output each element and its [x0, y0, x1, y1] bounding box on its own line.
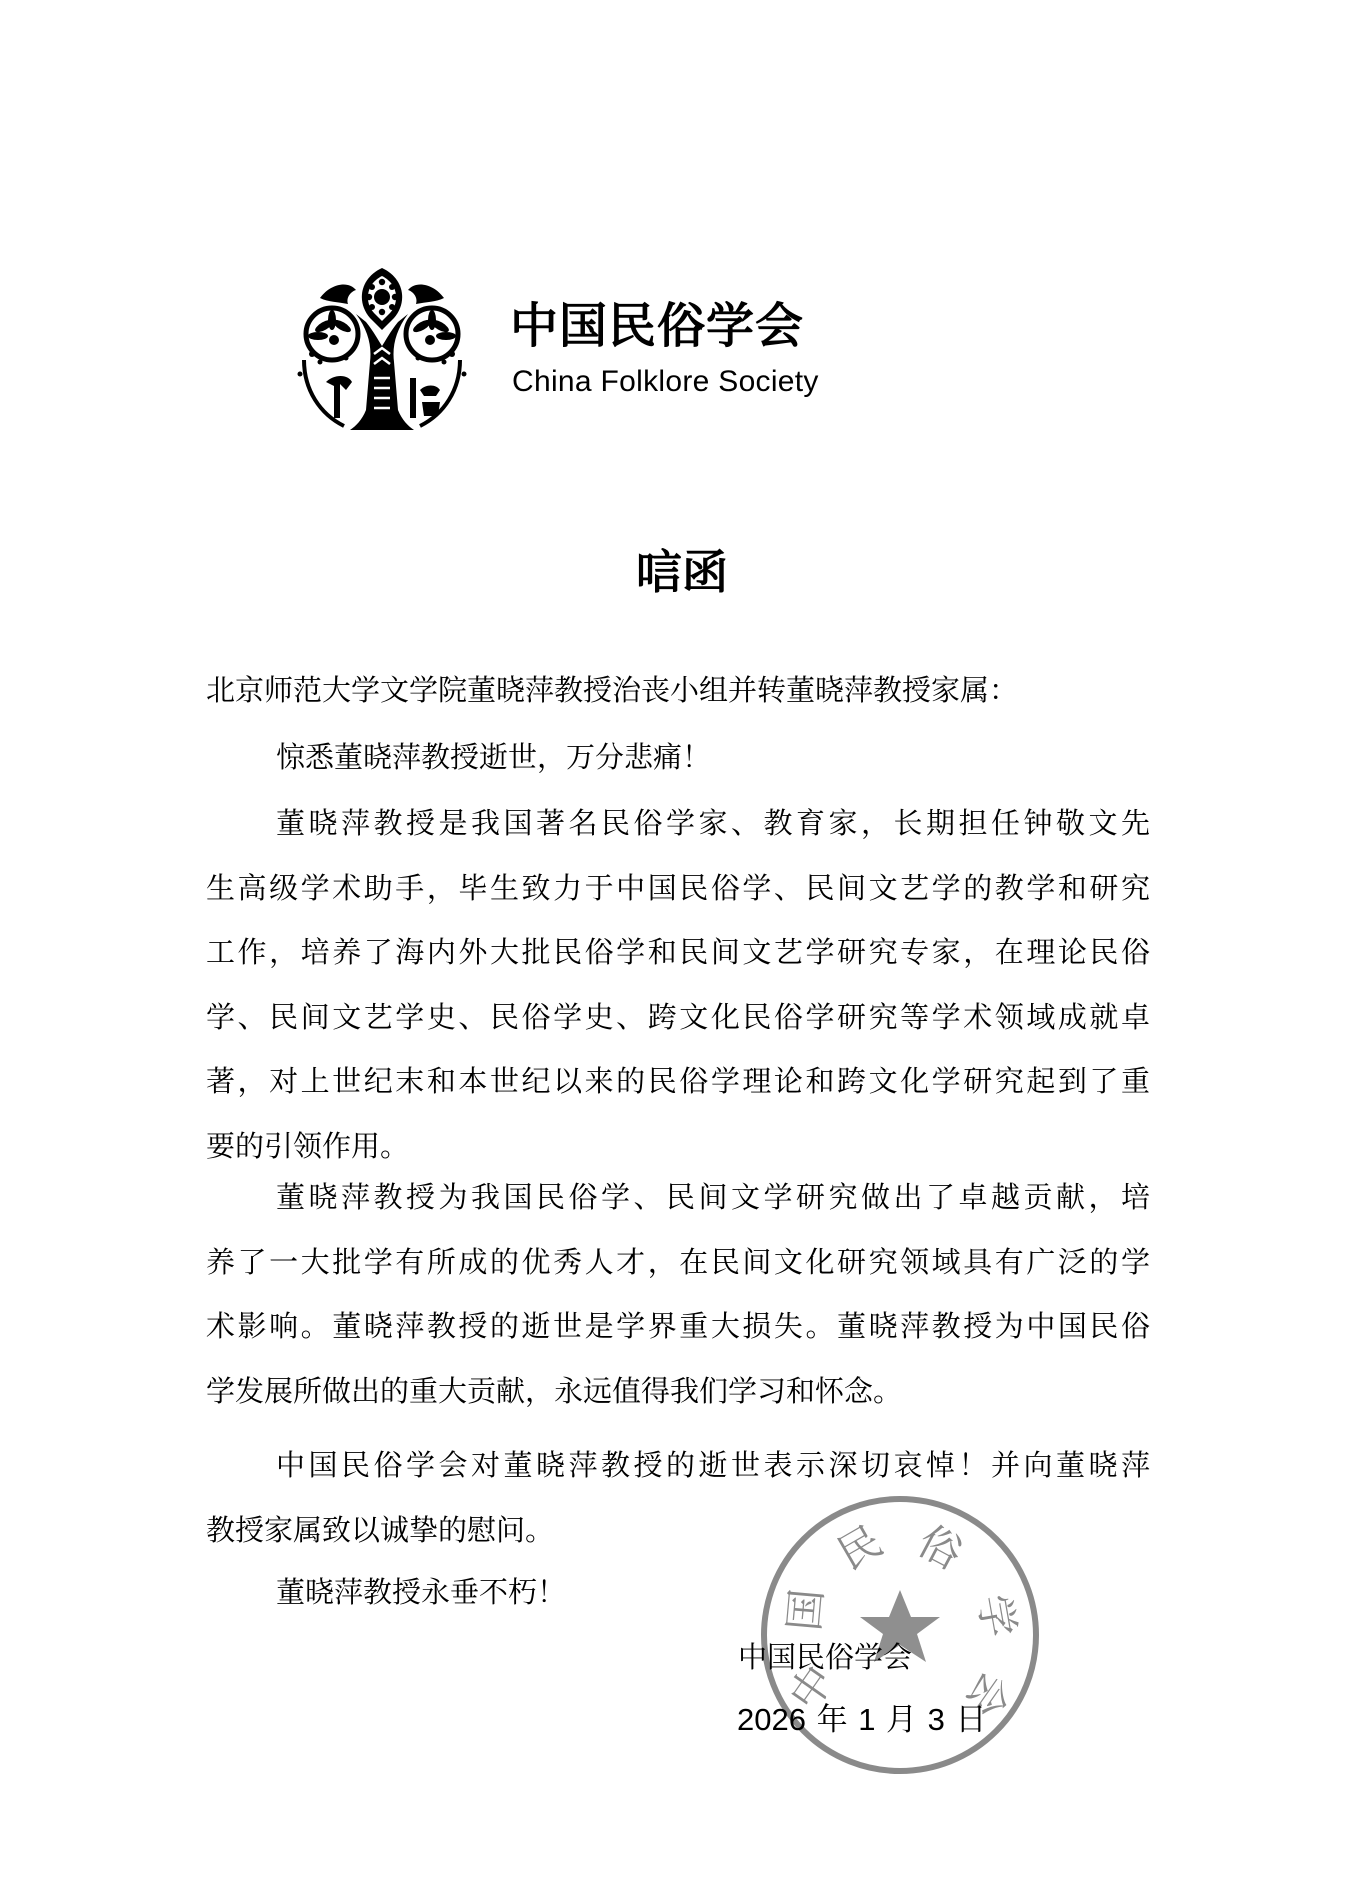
paragraph-line: 中国民俗学会对董晓萍教授的逝世表示深切哀悼！并向董晓萍 — [206, 1433, 1150, 1498]
paragraph-line: 学、民间文艺学史、民俗学史、跨文化民俗学研究等学术领域成就卓 — [206, 985, 1150, 1050]
letter-page: 中国民俗学会 China Folklore Society 唁函 北京师范大学文… — [0, 0, 1364, 1900]
salutation-text: 北京师范大学文学院董晓萍教授治丧小组并转董晓萍教授家属： — [206, 658, 1150, 723]
signature-date: 2026 年 1 月 3 日 — [737, 1700, 987, 1740]
paragraph-line: 术影响。董晓萍教授的逝世是学界重大损失。董晓萍教授为中国民俗 — [206, 1294, 1150, 1359]
signature-org: 中国民俗学会 — [738, 1637, 912, 1677]
grief-text: 惊悉董晓萍教授逝世，万分悲痛！ — [206, 725, 1150, 790]
tree-logo-icon — [290, 250, 474, 434]
seal-char: 国 — [783, 1586, 829, 1633]
paragraph-line: 著，对上世纪末和本世纪以来的民俗学理论和跨文化学研究起到了重 — [206, 1049, 1150, 1114]
paragraph-line: 董晓萍教授是我国著名民俗学家、教育家，长期担任钟敬文先 — [206, 791, 1150, 856]
paragraph-line: 生高级学术助手，毕生致力于中国民俗学、民间文艺学的教学和研究 — [206, 856, 1150, 921]
paragraph-2: 董晓萍教授为我国民俗学、民间文学研究做出了卓越贡献，培 养了一大批学有所成的优秀… — [206, 1165, 1150, 1423]
salutation: 北京师范大学文学院董晓萍教授治丧小组并转董晓萍教授家属： — [206, 658, 1150, 723]
paragraph-line: 养了一大批学有所成的优秀人才，在民间文化研究领域具有广泛的学 — [206, 1230, 1150, 1295]
paragraph-line: 工作，培养了海内外大批民俗学和民间文艺学研究专家，在理论民俗 — [206, 920, 1150, 985]
page-title: 唁函 — [0, 544, 1364, 600]
paragraph-grief: 惊悉董晓萍教授逝世，万分悲痛！ — [206, 725, 1150, 790]
org-name-chinese: 中国民俗学会 — [510, 296, 804, 356]
paragraph-1: 董晓萍教授是我国著名民俗学家、教育家，长期担任钟敬文先 生高级学术助手，毕生致力… — [206, 791, 1150, 1178]
paragraph-line: 董晓萍教授为我国民俗学、民间文学研究做出了卓越贡献，培 — [206, 1165, 1150, 1230]
paragraph-line: 学发展所做出的重大贡献，永远值得我们学习和怀念。 — [206, 1359, 1150, 1424]
seal-char: 学 — [971, 1591, 1020, 1642]
org-name-english: China Folklore Society — [512, 362, 819, 402]
